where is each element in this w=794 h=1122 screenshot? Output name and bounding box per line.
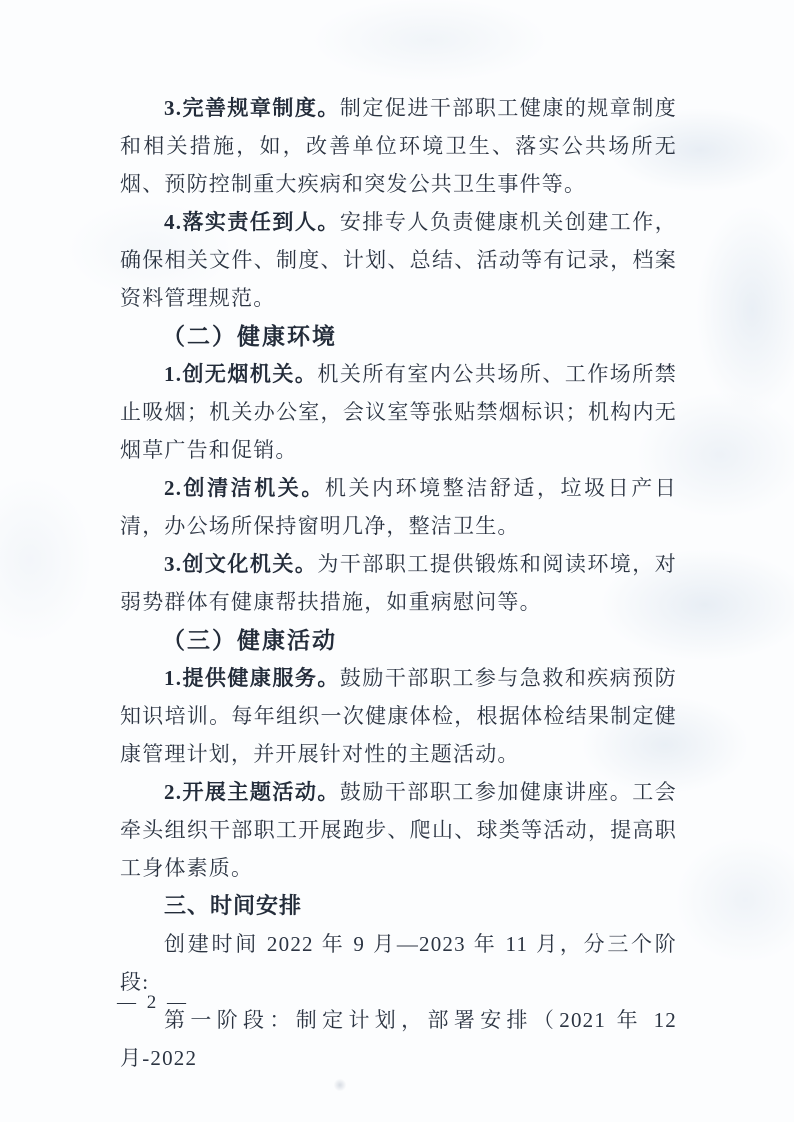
page-footer: — 2 —: [117, 989, 189, 1017]
paragraph-lead: 1.提供健康服务。: [164, 666, 340, 690]
paragraph: 创建时间 2022 年 9 月—2023 年 11 月，分三个阶段:: [120, 925, 677, 1001]
chapter-heading: 三、时间安排: [120, 887, 677, 925]
section-heading: （二）健康环境: [120, 317, 677, 355]
paragraph-lead: 3.创文化机关。: [164, 552, 317, 576]
paragraph: 第一阶段：制定计划，部署安排（2021 年 12 月-2022: [120, 1001, 677, 1077]
paragraph: 3.完善规章制度。制定促进干部职工健康的规章制度和相关措施，如，改善单位环境卫生…: [120, 89, 677, 203]
document-body: 3.完善规章制度。制定促进干部职工健康的规章制度和相关措施，如，改善单位环境卫生…: [120, 89, 677, 1077]
paragraph-lead: 1.创无烟机关。: [164, 362, 317, 386]
paragraph-text: 第一阶段：制定计划，部署安排（2021 年 12 月-2022: [120, 1008, 677, 1070]
paragraph: 4.落实责任到人。安排专人负责健康机关创建工作，确保相关文件、制度、计划、总结、…: [120, 203, 677, 317]
heading-text: （二）健康环境: [162, 323, 337, 349]
paragraph-text: 创建时间 2022 年 9 月—2023 年 11 月，分三个阶段:: [120, 932, 677, 994]
heading-text: 三、时间安排: [164, 893, 302, 918]
paragraph: 3.创文化机关。为干部职工提供锻炼和阅读环境，对弱势群体有健康帮扶措施，如重病慰…: [120, 545, 677, 621]
paragraph: 1.创无烟机关。机关所有室内公共场所、工作场所禁止吸烟；机关办公室，会议室等张贴…: [120, 355, 677, 469]
page-number: — 2 —: [117, 992, 189, 1013]
heading-text: （三）健康活动: [162, 627, 337, 653]
scanned-document-page: 3.完善规章制度。制定促进干部职工健康的规章制度和相关措施，如，改善单位环境卫生…: [0, 0, 794, 1122]
paragraph-lead: 2.创清洁机关。: [164, 476, 325, 500]
paragraph-lead: 3.完善规章制度。: [164, 96, 340, 120]
section-heading: （三）健康活动: [120, 621, 677, 659]
paragraph-lead: 4.落实责任到人。: [164, 210, 340, 234]
paragraph-lead: 2.开展主题活动。: [164, 780, 340, 804]
paragraph: 2.创清洁机关。机关内环境整洁舒适，垃圾日产日清，办公场所保持窗明几净，整洁卫生…: [120, 469, 677, 545]
paragraph: 2.开展主题活动。鼓励干部职工参加健康讲座。工会牵头组织干部职工开展跑步、爬山、…: [120, 773, 677, 887]
paragraph: 1.提供健康服务。鼓励干部职工参与急救和疾病预防知识培训。每年组织一次健康体检，…: [120, 659, 677, 773]
